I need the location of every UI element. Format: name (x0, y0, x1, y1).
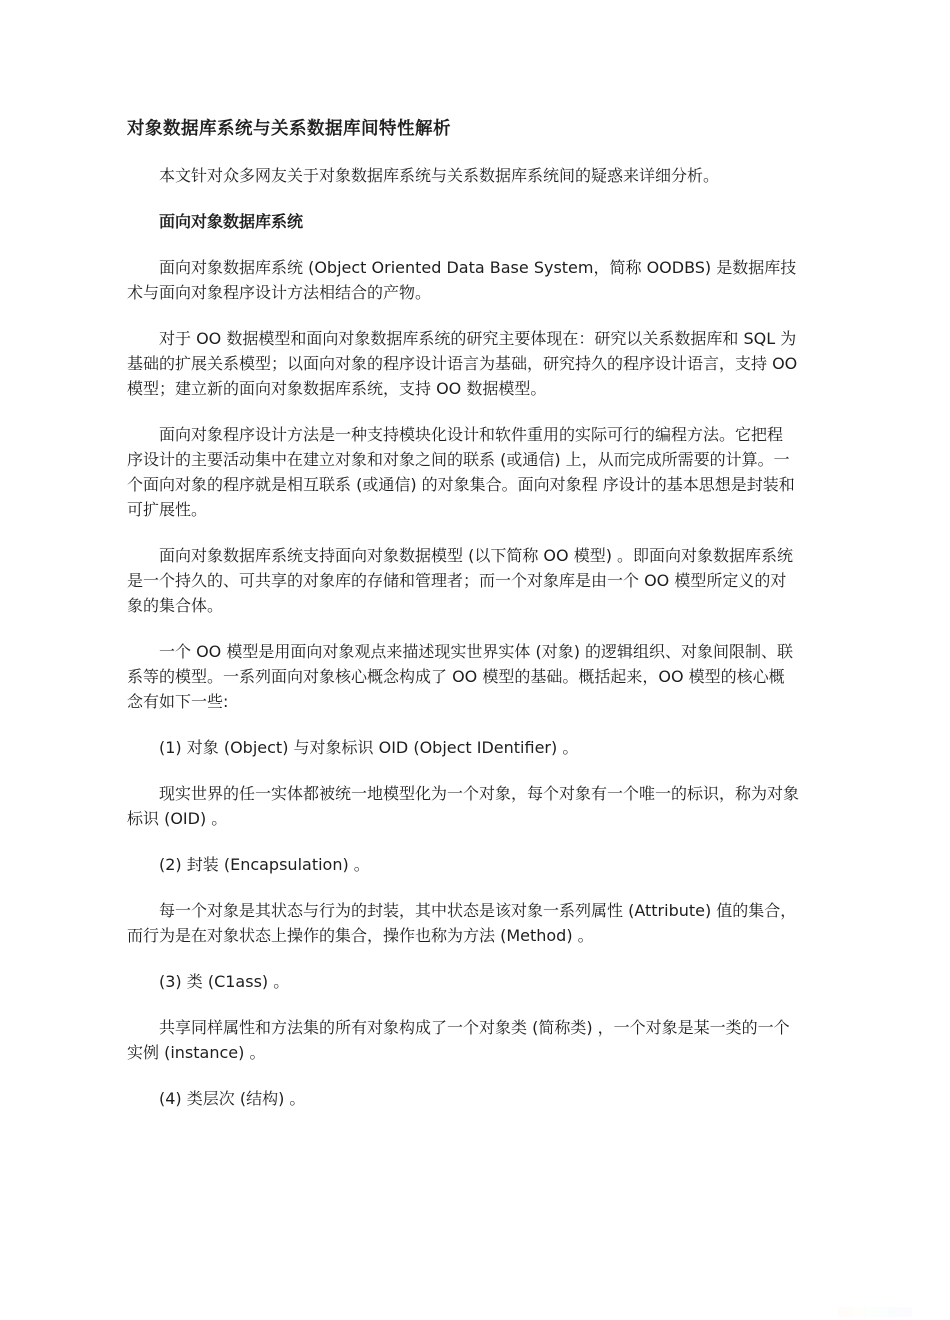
paragraph-class-explain: 共享同样属性和方法集的所有对象构成了一个对象类 (简称类) ，一个对象是某一类的… (127, 1015, 799, 1065)
paragraph-oo-model-support: 面向对象数据库系统支持面向对象数据模型 (以下简称 OO 模型) 。即面向对象数… (127, 543, 799, 618)
list-item-class-hierarchy: (4) 类层次 (结构) 。 (127, 1086, 799, 1111)
section-heading-oodbs: 面向对象数据库系统 (127, 209, 799, 234)
intro-paragraph: 本文针对众多网友关于对象数据库系统与关系数据库系统间的疑惑来详细分析。 (127, 163, 799, 188)
paragraph-oop-method: 面向对象程序设计方法是一种支持模块化设计和软件重用的实际可行的编程方法。它把程 … (127, 422, 799, 522)
paragraph-oo-research: 对于 OO 数据模型和面向对象数据库系统的研究主要体现在：研究以关系数据库和 S… (127, 326, 799, 401)
watermark (838, 1307, 912, 1317)
document-page: 对象数据库系统与关系数据库间特性解析 本文针对众多网友关于对象数据库系统与关系数… (0, 0, 950, 1320)
list-item-class: (3) 类 (C1ass) 。 (127, 969, 799, 994)
list-item-object-oid: (1) 对象 (Object) 与对象标识 OID (Object IDenti… (127, 735, 799, 760)
paragraph-oid-explain: 现实世界的任一实体都被统一地模型化为一个对象，每个对象有一个唯一的标识，称为对象… (127, 781, 799, 831)
list-item-encapsulation: (2) 封装 (Encapsulation) 。 (127, 852, 799, 877)
page-title: 对象数据库系统与关系数据库间特性解析 (127, 117, 799, 142)
article-body: 对象数据库系统与关系数据库间特性解析 本文针对众多网友关于对象数据库系统与关系数… (127, 117, 799, 1111)
paragraph-encapsulation-explain: 每一个对象是其状态与行为的封装，其中状态是该对象一系列属性 (Attribute… (127, 898, 799, 948)
paragraph-oodbs-definition: 面向对象数据库系统 (Object Oriented Data Base Sys… (127, 255, 799, 305)
paragraph-oo-model-concepts: 一个 OO 模型是用面向对象观点来描述现实世界实体 (对象) 的逻辑组织、对象间… (127, 639, 799, 714)
